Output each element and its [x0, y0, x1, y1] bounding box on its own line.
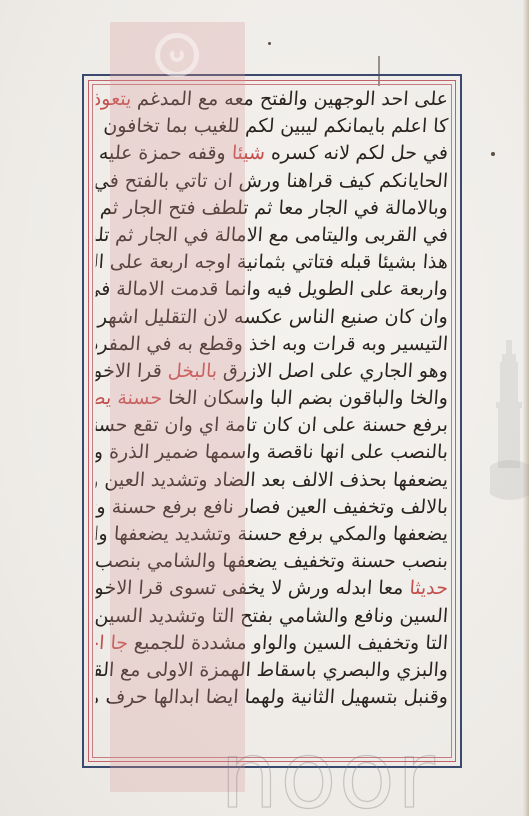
- ink-speck: [268, 42, 271, 45]
- manuscript-page: على احد الوجهين والفتح معه مع المدغم يتع…: [0, 0, 529, 816]
- circular-logo-watermark-icon: [155, 33, 199, 77]
- minaret-watermark-icon: [490, 340, 529, 500]
- watermark-bar: [110, 22, 245, 792]
- ink-speck: [491, 152, 495, 156]
- rubric-word: حديثا: [409, 577, 449, 599]
